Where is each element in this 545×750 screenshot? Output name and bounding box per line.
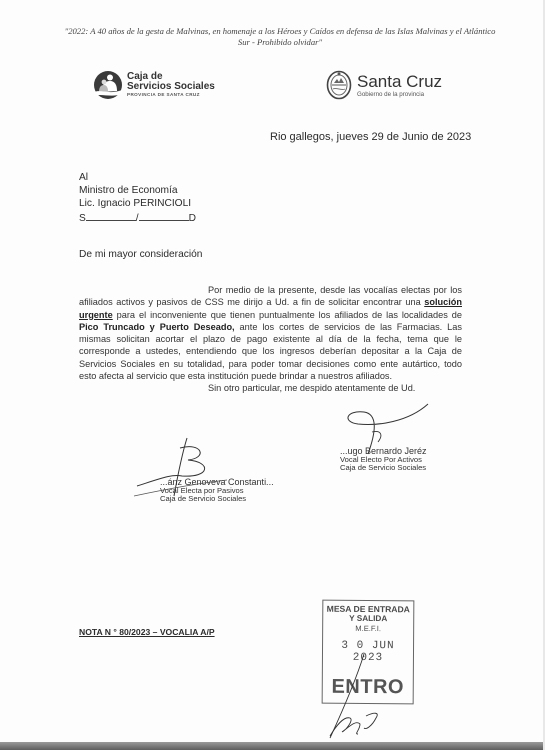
letter-body: Por medio de la presente, desde las voca… [79,284,462,395]
header-motto: "2022: A 40 años de la gesta de Malvinas… [60,26,500,48]
signer-org: Caja de Servicio Sociales [340,464,427,473]
document-page: "2022: A 40 años de la gesta de Malvinas… [0,0,545,742]
stamp-line1: MESA DE ENTRADA [323,604,413,615]
greeting: De mi mayor consideración [79,249,202,260]
recipient-line1: Al [79,171,196,184]
logo-subtitle: PROVINCIA DE SANTA CRUZ [127,93,215,98]
recipient-line2: Ministro de Economía [79,184,196,197]
handwritten-signature-2 [328,402,438,457]
logo-name: Santa Cruz [357,73,442,90]
body-paragraph: Por medio de la presente, desde las voca… [79,284,462,382]
handwritten-signature-1 [132,434,242,502]
santa-cruz-logo: Santa Cruz Gobierno de la provincia [326,70,442,100]
scanner-edge [0,742,545,750]
closing-line: Sin otro particular, me despido atentame… [79,382,462,394]
place-date: Rio gallegos, jueves 29 de Junio de 2023 [270,131,471,143]
logo-name-line2: Servicios Sociales [127,82,215,92]
signature-block-1: ...ánz Genoveva Constanti... Vocal Elect… [160,478,274,504]
signature-block-2: ...ugo Bernardo Jeréz Vocal Electo Por A… [340,447,427,473]
stamp-line2: Y SALIDA [323,614,413,625]
note-reference: NOTA N ° 80/2023 – VOCALIA A/P [79,627,215,637]
logo-subtitle: Gobierno de la provincia [357,91,442,98]
caja-servicios-sociales-emblem-icon [93,70,123,100]
recipient-sd-line: S/D [79,211,196,225]
stamp-initials-signature [320,650,400,742]
caja-servicios-sociales-logo: Caja de Servicios Sociales PROVINCIA DE … [93,70,215,100]
santa-cruz-coat-of-arms-icon [326,70,352,100]
stamp-line3: M.E.F.I. [323,624,413,635]
recipient-block: Al Ministro de Economía Lic. Ignacio PER… [79,171,196,225]
recipient-line3: Lic. Ignacio PERINCIOLI [79,197,196,210]
